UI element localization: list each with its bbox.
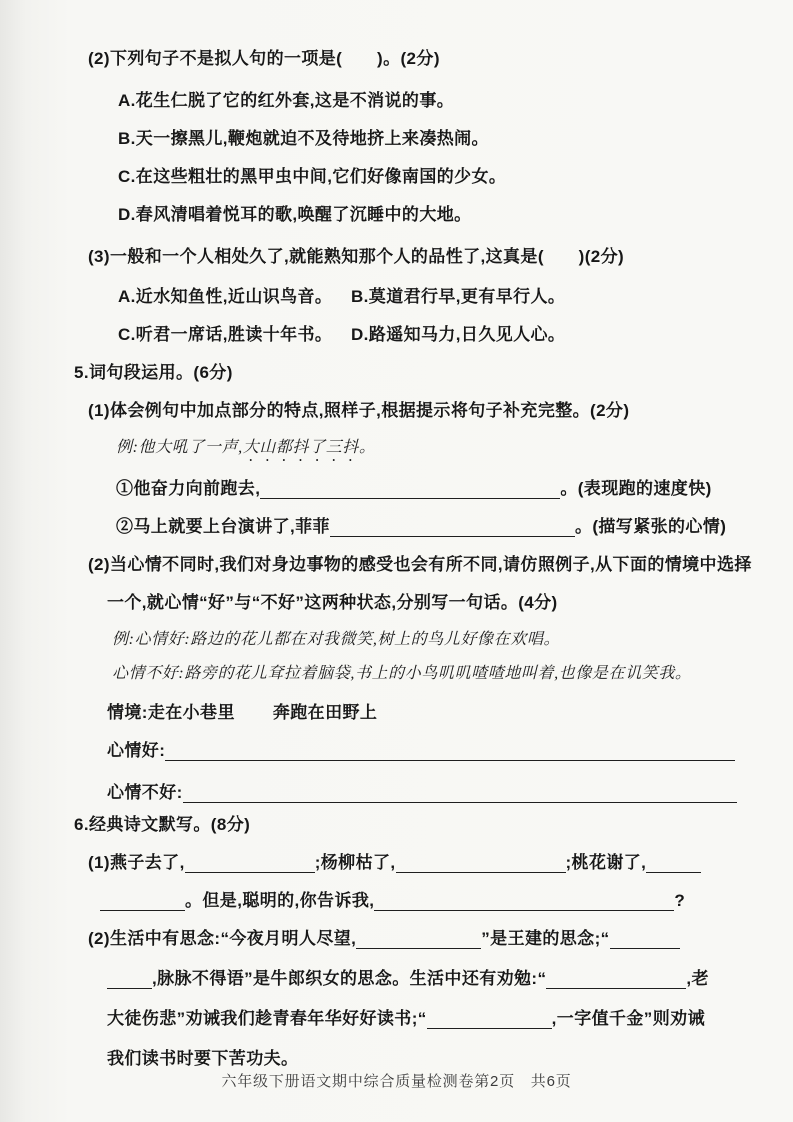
q5-part1-stem: (1)体会例句中加点部分的特点,照样子,根据提示将句子补充完整。(2分) [88,400,629,421]
q6-part2-line4: 我们读书时要下苦功夫。 [107,1048,298,1069]
q6-p2-seg5: 大徒伤悲”劝诫我们趁青春年华好好读书;“ [107,1009,427,1028]
q6-p2-seg1: (2)生活中有思念:“今夜月明人尽望, [88,929,356,948]
answer-blank [330,519,575,537]
q4-item3-option-d: D.路遥知马力,日久见人心。 [351,325,565,344]
q5-title: 5.词句段运用。(6分) [74,362,233,383]
q5-answer-bad-line: 心情不好: [107,782,737,803]
q6-p1-seg2: ;杨柳枯了, [315,853,396,872]
q5-fill1-note: 。(表现跑的速度快) [560,479,711,498]
q4-item2-option-b: B.天一擦黑儿,鞭炮就迫不及待地挤上来凑热闹。 [118,128,489,149]
q5-part1-example: 例:他大吼了一声,大山都抖了三抖。 [116,438,376,465]
q5-answer-good-line: 心情好: [107,740,735,761]
q5-part2-example-good: 例:心情好:路边的花儿都在对我微笑,树上的鸟儿好像在欢唱。 [112,630,560,650]
q6-part2-line2: ,脉脉不得语”是牛郎织女的思念。生活中还有劝勉:“,老 [107,968,709,989]
q5-fill1-line: ①他奋力向前跑去,。(表现跑的速度快) [116,478,712,499]
q6-p1-seg3: ;桃花谢了, [566,853,647,872]
example-dotted-phrase: 大山都抖了三抖 [243,439,359,456]
q6-title: 6.经典诗文默写。(8分) [74,814,250,835]
q6-p1-seg4: 。但是,聪明的,你告诉我, [185,891,374,910]
q6-part1-line2: 。但是,聪明的,你告诉我,? [100,890,685,911]
q4-item3-stem: (3)一般和一个人相处久了,就能熟知那个人的品性了,这真是( )(2分) [88,246,624,267]
answer-blank [165,743,735,761]
answer-blank [646,855,701,873]
q5-part2-stem-line1: (2)当心情不同时,我们对身边事物的感受也会有所不同,请仿照例子,从下面的情境中… [88,554,752,575]
q6-p2-seg3: ,脉脉不得语”是牛郎织女的思念。生活中还有劝勉:“ [152,969,546,988]
example-prefix: 例:他大吼了一声, [116,439,243,456]
q4-item2-option-d: D.春风清唱着悦耳的歌,唤醒了沉睡中的大地。 [118,204,472,225]
answer-blank [546,971,686,989]
q5-fill2-line: ②马上就要上台演讲了,菲菲。(描写紧张的心情) [116,516,726,537]
q6-p1-seg1: (1)燕子去了, [88,853,185,872]
situation-2: 奔跑在田野上 [273,703,377,722]
q5-fill2-prefix: ②马上就要上台演讲了,菲菲 [116,517,330,536]
answer-blank [100,893,185,911]
example-end: 。 [359,439,376,456]
q5-part2-situations: 情境:走在小巷里奔跑在田野上 [107,702,377,723]
q4-item2-option-a: A.花生仁脱了它的红外套,这是不消说的事。 [118,90,454,111]
q4-item3-option-c: C.听君一席话,胜读十年书。 [118,324,351,345]
q5-fill1-prefix: ①他奋力向前跑去, [116,479,260,498]
q5-fill2-note: 。(描写紧张的心情) [575,517,726,536]
answer-blank [185,855,315,873]
q6-part2-line3: 大徒伤悲”劝诫我们趁青春年华好好读书;“,一字值千金”则劝诫 [107,1008,705,1029]
answer-blank [374,893,674,911]
q4-item2-option-c: C.在这些粗壮的黑甲虫中间,它们好像南国的少女。 [118,166,506,187]
page-footer: 六年级下册语文期中综合质量检测卷第2页 共6页 [0,1070,793,1091]
q5-part2-stem-line2: 一个,就心情“好”与“不好”这两种状态,分别写一句话。(4分) [107,592,558,613]
answer-blank [107,971,152,989]
good-mood-label: 心情好: [107,741,165,760]
q6-p2-seg4: ,老 [686,969,709,988]
answer-blank [356,931,481,949]
q5-part2-example-bad: 心情不好:路旁的花儿耷拉着脑袋,书上的小鸟叽叽喳喳地叫着,也像是在讥笑我。 [112,664,692,684]
answer-blank [183,785,737,803]
q4-item3-option-b: B.莫道君行早,更有早行人。 [351,287,565,306]
q6-part1-line1: (1)燕子去了,;杨柳枯了,;桃花谢了, [88,852,701,873]
bad-mood-label: 心情不好: [107,783,183,802]
situation-1: 情境:走在小巷里 [107,703,235,722]
exam-page: (2)下列句子不是拟人句的一项是( )。(2分) A.花生仁脱了它的红外套,这是… [0,0,793,1122]
answer-blank [610,931,680,949]
answer-blank [396,855,566,873]
q6-p1-seg5: ? [674,891,685,910]
q4-item3-option-a: A.近水知鱼性,近山识鸟音。 [118,286,351,307]
q4-item3-options-row1: A.近水知鱼性,近山识鸟音。B.莫道君行早,更有早行人。 [118,286,565,307]
q6-p2-seg6: ,一字值千金”则劝诫 [552,1009,705,1028]
q6-part2-line1: (2)生活中有思念:“今夜月明人尽望,”是王建的思念;“ [88,928,680,949]
answer-blank [427,1011,552,1029]
q4-item3-options-row2: C.听君一席话,胜读十年书。D.路遥知马力,日久见人心。 [118,324,565,345]
q4-item2-stem: (2)下列句子不是拟人句的一项是( )。(2分) [88,48,440,69]
answer-blank [260,481,560,499]
q6-p2-seg2: ”是王建的思念;“ [481,929,609,948]
